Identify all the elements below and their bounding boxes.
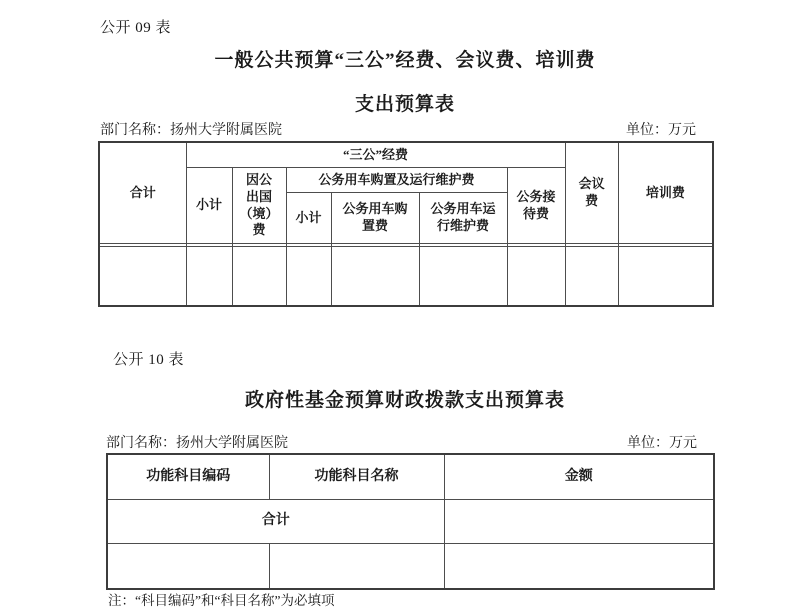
table09-title-line1: 一般公共预算“三公”经费、会议费、培训费: [98, 45, 712, 72]
table09-title-line2: 支出预算表: [98, 89, 712, 116]
header-sangong-group: “三公”经费: [186, 142, 565, 168]
table-row: 功能科目编码 功能科目名称 金额: [107, 454, 714, 500]
table-row: [99, 247, 713, 307]
header-abroad-fee: 因公 出国 （境） 费: [232, 168, 286, 244]
empty-cell: [618, 247, 713, 307]
table09-meta-row: 部门名称：扬州大学附属医院 单位：万元: [100, 119, 696, 139]
empty-cell: [331, 247, 419, 307]
table09-tag: 公开 09 表: [100, 16, 171, 37]
table10-meta-row: 部门名称：扬州大学附属医院 单位：万元: [106, 432, 697, 452]
header-vehicle-purchase: 公务用车购 置费: [331, 193, 419, 244]
header-training-fee: 培训费: [618, 142, 713, 244]
header-vehicle-group: 公务用车购置及运行维护费: [286, 168, 507, 193]
header-vehicle-subtotal: 小计: [286, 193, 331, 244]
table10-tag: 公开 10 表: [113, 348, 184, 369]
table-row: 合计: [107, 500, 714, 544]
empty-cell: [99, 247, 186, 307]
table09-department-label: 部门名称：扬州大学附属医院: [100, 119, 282, 139]
table-row: 合计 “三公”经费 会议 费 培训费: [99, 142, 713, 168]
empty-cell: [507, 247, 565, 307]
header-function-name: 功能科目名称: [269, 454, 444, 500]
total-amount-cell: [444, 500, 714, 544]
footnote: 注：“科目编码”和“科目名称”为必填项: [108, 589, 334, 609]
header-meeting-fee: 会议 费: [565, 142, 618, 244]
empty-cell: [186, 247, 232, 307]
empty-cell: [565, 247, 618, 307]
table10-title: 政府性基金预算财政拨款支出预算表: [98, 385, 712, 412]
total-label-cell: 合计: [107, 500, 444, 544]
header-subtotal: 小计: [186, 168, 232, 244]
table09-unit-label: 单位：万元: [626, 119, 696, 139]
empty-cell: [419, 247, 507, 307]
table10-department-label: 部门名称：扬州大学附属医院: [106, 432, 288, 452]
table10-unit-label: 单位：万元: [627, 432, 697, 452]
header-reception-fee: 公务接 待费: [507, 168, 565, 244]
header-amount: 金额: [444, 454, 714, 500]
empty-cell: [269, 544, 444, 590]
table-row: [107, 544, 714, 590]
header-total: 合计: [99, 142, 186, 244]
header-vehicle-maintenance: 公务用车运 行维护费: [419, 193, 507, 244]
sangong-budget-table: 合计 “三公”经费 会议 费 培训费 小计 因公 出国 （境） 费 公务用车购置…: [98, 141, 714, 307]
header-function-code: 功能科目编码: [107, 454, 269, 500]
empty-cell: [232, 247, 286, 307]
gov-fund-budget-table: 功能科目编码 功能科目名称 金额 合计: [106, 453, 715, 590]
budget-document-page: 公开 09 表 一般公共预算“三公”经费、会议费、培训费 支出预算表 部门名称：…: [0, 0, 800, 611]
empty-cell: [286, 247, 331, 307]
empty-cell: [107, 544, 269, 590]
empty-cell: [444, 544, 714, 590]
